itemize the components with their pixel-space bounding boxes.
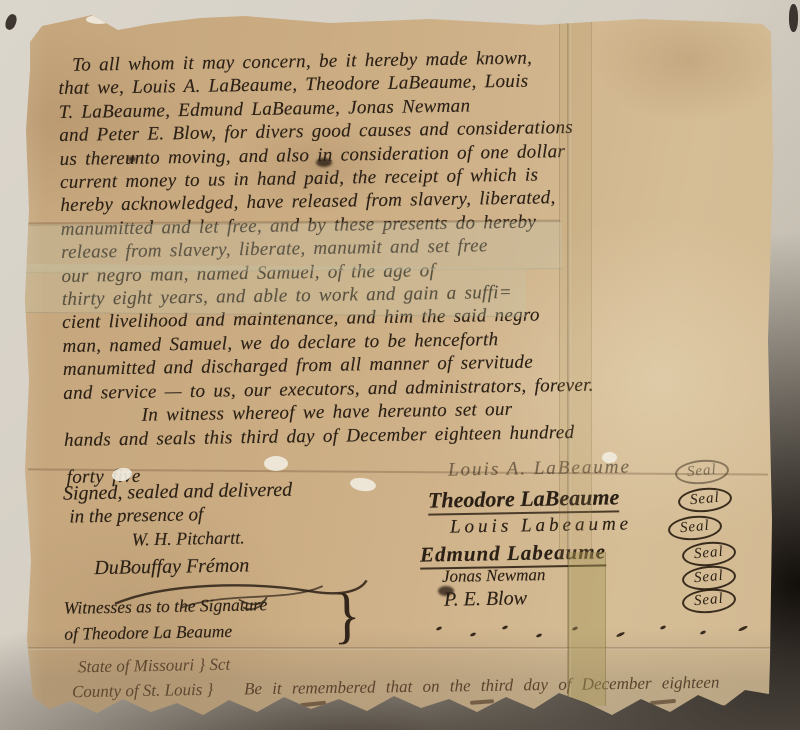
ink-dot bbox=[700, 630, 707, 635]
curly-brace: } bbox=[333, 581, 361, 652]
paper-loss-speck bbox=[602, 452, 617, 463]
ink-dot bbox=[470, 632, 477, 637]
county-line: County of St. Louis } bbox=[72, 680, 214, 702]
ink-smudge bbox=[316, 158, 332, 167]
torn-edge-ink-fragment bbox=[560, 703, 588, 709]
ink-dot bbox=[502, 625, 509, 630]
signature-name: Louis Labeaume bbox=[450, 513, 633, 538]
seal-stamp: Seal bbox=[681, 587, 737, 616]
signature-name: P. E. Blow bbox=[444, 587, 527, 611]
witness-note: Witnesses as to the Signature of Theodor… bbox=[64, 594, 268, 645]
photograph-backdrop: To all whom it may concern, be it hereby… bbox=[0, 0, 800, 730]
ink-smudge bbox=[438, 586, 454, 596]
ink-dot bbox=[738, 625, 748, 632]
repair-tape-vertical bbox=[568, 552, 606, 706]
witness-signature: W. H. Pitchartt. bbox=[60, 525, 370, 551]
torn-edge-ink-fragment bbox=[470, 699, 494, 705]
torn-edge-ink-fragment bbox=[300, 701, 326, 708]
paper-loss-speck bbox=[264, 456, 288, 471]
certification-line: Be it remembered that on the third day o… bbox=[244, 673, 720, 700]
manuscript-paper: To all whom it may concern, be it hereby… bbox=[0, 0, 800, 730]
ink-dot bbox=[536, 633, 543, 638]
ink-dot bbox=[660, 625, 667, 630]
witness-note-line: Witnesses as to the Signature bbox=[64, 594, 268, 619]
signature-name: Jonas Newman bbox=[442, 565, 546, 587]
torn-edge-ink-fragment bbox=[380, 705, 410, 711]
repair-tape-horizontal bbox=[26, 264, 526, 317]
seal-stamp: Seal bbox=[681, 540, 737, 569]
torn-edge-ink-fragment bbox=[650, 699, 676, 705]
repair-tape-vertical bbox=[559, 18, 592, 560]
ink-dot bbox=[436, 626, 443, 631]
seal-stamp: Seal bbox=[667, 514, 723, 543]
ink-dot bbox=[616, 631, 625, 638]
witness-note-line: of Theodore La Beaume bbox=[64, 620, 268, 645]
ink-smudge bbox=[128, 156, 136, 162]
paper-loss-speck bbox=[86, 15, 112, 24]
horizontal-fold-crease bbox=[26, 647, 770, 650]
torn-edge-ink-fragment bbox=[712, 704, 734, 709]
backdrop-mark bbox=[789, 4, 798, 32]
backdrop-mark bbox=[4, 13, 19, 31]
witness-line: in the presence of bbox=[59, 501, 369, 528]
seal-stamp: Seal bbox=[677, 486, 733, 515]
state-line: State of Missouri } Sct bbox=[78, 655, 231, 678]
